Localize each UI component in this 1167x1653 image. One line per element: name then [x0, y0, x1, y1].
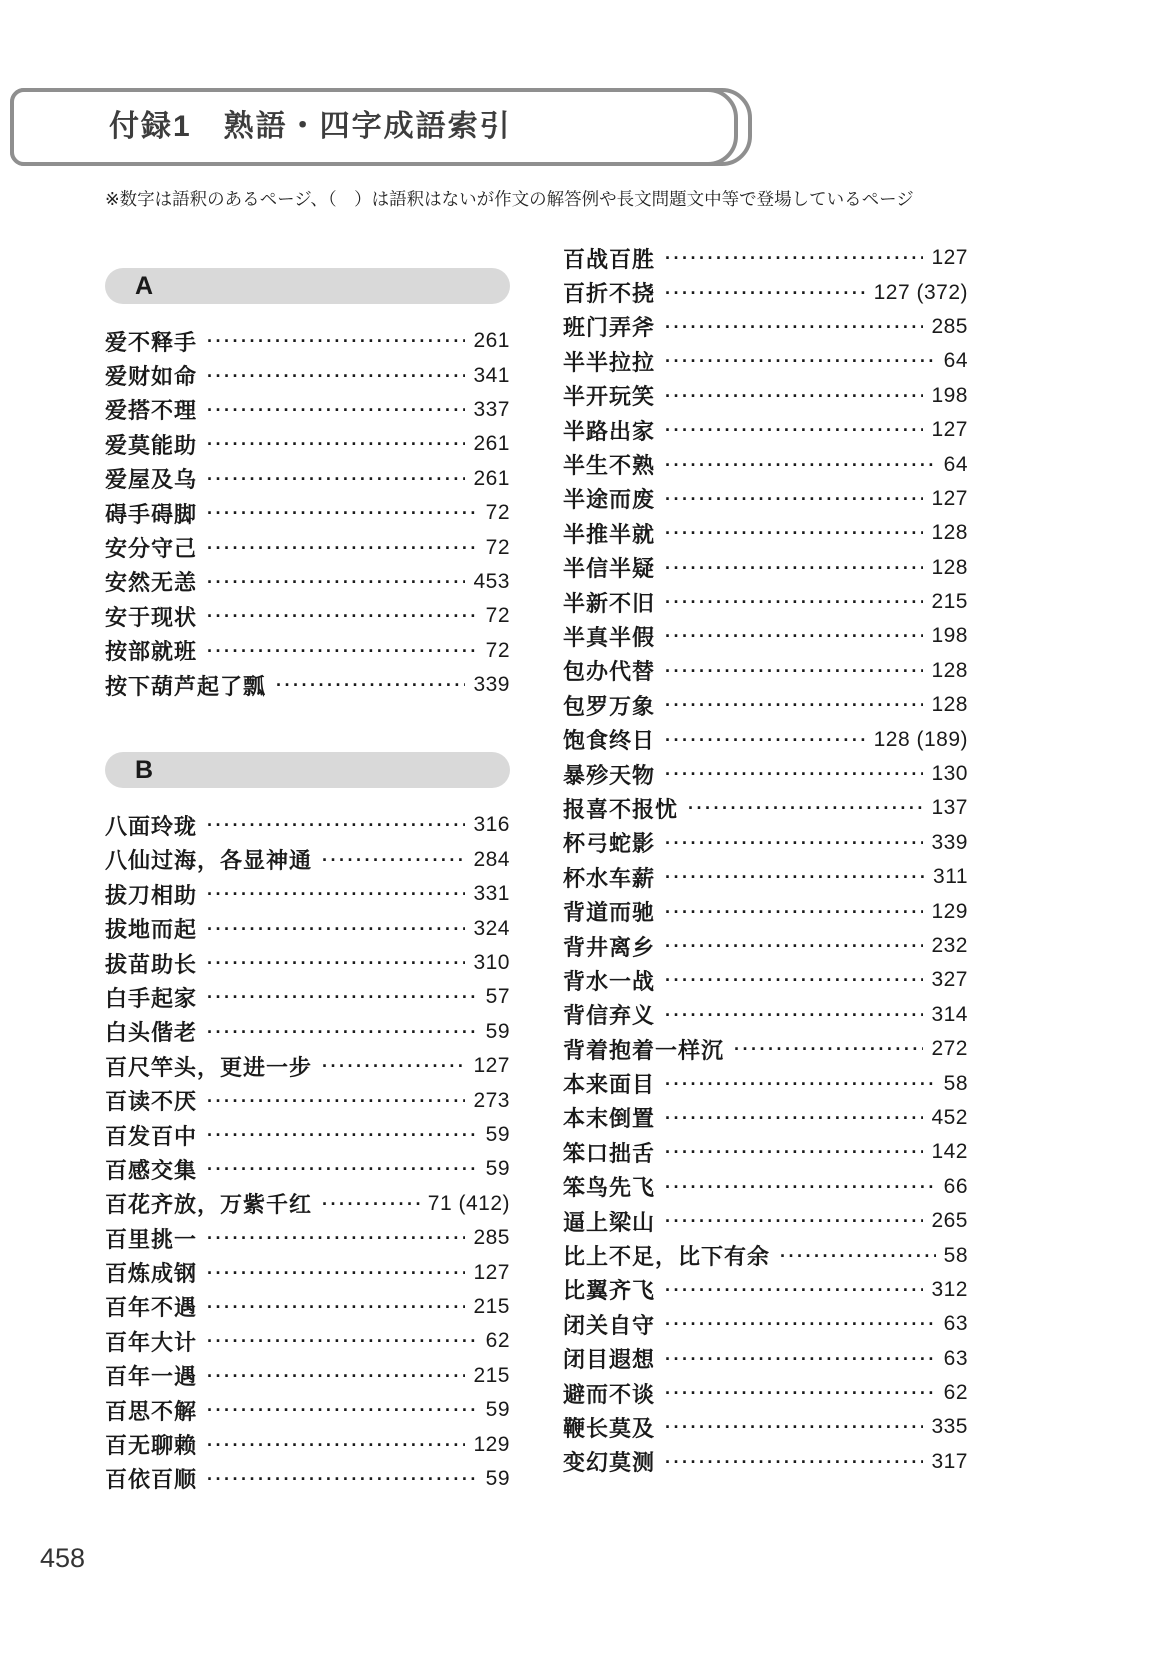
entry-page: 335	[931, 1415, 968, 1439]
usage-note: ※数字は語釈のあるページ、（ ）は語釈はないが作文の解答例や長文問題文中等で登場…	[105, 186, 1085, 211]
entry-page: 59	[486, 1123, 510, 1147]
dot-leader	[207, 814, 465, 836]
entry-page: 327	[931, 968, 968, 992]
page-number: 458	[40, 1543, 85, 1574]
entry-term: 安于现状	[105, 601, 197, 632]
index-entry: 爱财如命341	[105, 358, 510, 392]
entry-term: 半推半就	[563, 518, 655, 549]
entry-term: 变幻莫测	[563, 1446, 655, 1477]
entry-page: 324	[473, 917, 510, 941]
dot-leader	[665, 729, 866, 751]
dot-leader	[665, 1451, 923, 1473]
entry-page: 62	[944, 1381, 968, 1405]
entry-term: 安然无恙	[105, 566, 197, 597]
dot-leader	[207, 399, 465, 421]
index-entry: 百尺竿头，更进一步127	[105, 1049, 510, 1083]
index-entry: 百年大计62	[105, 1324, 510, 1358]
entry-page: 127	[473, 1261, 510, 1285]
dot-leader	[207, 1090, 465, 1112]
dot-leader	[665, 454, 936, 476]
index-entry: 八仙过海，各显神通284	[105, 843, 510, 877]
dot-leader	[665, 694, 923, 716]
entry-term: 背着抱着一样沉	[563, 1034, 724, 1065]
entry-page: 261	[473, 329, 510, 353]
entry-page: 128	[931, 521, 968, 545]
entry-page: 331	[473, 882, 510, 906]
index-entry: 百发百中59	[105, 1118, 510, 1152]
index-entry: 笨鸟先飞66	[563, 1170, 968, 1204]
entry-term: 班门弄斧	[563, 311, 655, 342]
dot-leader	[207, 330, 465, 352]
dot-leader	[207, 468, 465, 490]
entry-page: 128	[931, 659, 968, 683]
entry-page: 310	[473, 951, 510, 975]
dot-leader	[207, 502, 478, 524]
entry-term: 百花齐放，万紫千红	[105, 1188, 312, 1219]
entry-term: 背水一战	[563, 965, 655, 996]
entry-page: 129	[931, 900, 968, 924]
dot-leader	[207, 1365, 465, 1387]
entry-page: 59	[486, 1157, 510, 1181]
entry-page: 57	[486, 985, 510, 1009]
index-entry: 爱莫能助261	[105, 427, 510, 461]
dot-leader	[276, 674, 465, 696]
entry-term: 半开玩笑	[563, 380, 655, 411]
entry-term: 爱屋及乌	[105, 463, 197, 494]
entry-page: 127 (372)	[874, 281, 968, 305]
entry-term: 按下葫芦起了瓢	[105, 670, 266, 701]
index-entry: 百思不解59	[105, 1393, 510, 1427]
dot-leader	[207, 1124, 478, 1146]
index-entry: 爱不释手261	[105, 324, 510, 358]
dot-leader	[207, 605, 478, 627]
dot-leader	[665, 1073, 936, 1095]
section-header-a: A	[105, 268, 510, 304]
entry-page: 285	[473, 1226, 510, 1250]
entry-page: 339	[473, 673, 510, 697]
entry-term: 百战百胜	[563, 243, 655, 274]
dot-leader	[665, 1348, 936, 1370]
entry-page: 339	[931, 831, 968, 855]
dot-leader	[688, 797, 923, 819]
index-entry: 闭关自守63	[563, 1307, 968, 1341]
index-entry: 半途而废127	[563, 482, 968, 516]
index-entry: 报喜不报忧137	[563, 791, 968, 825]
dot-leader	[207, 537, 478, 559]
entry-term: 饱食终日	[563, 724, 655, 755]
entry-page: 261	[473, 467, 510, 491]
appendix-title-box: 付録1 熟語・四字成語索引	[10, 88, 752, 166]
entry-page: 62	[486, 1329, 510, 1353]
entry-term: 百发百中	[105, 1120, 197, 1151]
dot-leader	[665, 1107, 923, 1129]
entry-page: 127	[473, 1054, 510, 1078]
entry-term: 百无聊赖	[105, 1429, 197, 1460]
dot-leader	[322, 1055, 465, 1077]
entry-page: 314	[931, 1003, 968, 1027]
dot-leader	[665, 1279, 923, 1301]
index-entry: 避而不谈62	[563, 1376, 968, 1410]
index-entry: 班门弄斧285	[563, 310, 968, 344]
entry-page: 198	[931, 384, 968, 408]
entry-term: 拔苗助长	[105, 948, 197, 979]
dot-leader	[665, 660, 923, 682]
entry-page: 311	[933, 865, 968, 889]
entry-term: 笨鸟先飞	[563, 1171, 655, 1202]
entry-page: 71 (412)	[428, 1192, 510, 1216]
entry-term: 避而不谈	[563, 1378, 655, 1409]
entry-term: 半途而废	[563, 483, 655, 514]
index-entry: 半路出家127	[563, 413, 968, 447]
index-entry: 半开玩笑198	[563, 379, 968, 413]
index-entry: 鞭长莫及335	[563, 1410, 968, 1444]
index-entry: 比上不足，比下有余58	[563, 1238, 968, 1272]
index-entry: 百依百顺59	[105, 1462, 510, 1496]
index-entry: 半真半假198	[563, 619, 968, 653]
entry-term: 包办代替	[563, 655, 655, 686]
dot-leader	[780, 1245, 936, 1267]
index-entry: 本末倒置452	[563, 1101, 968, 1135]
entry-page: 316	[473, 813, 510, 837]
dot-leader	[665, 625, 923, 647]
index-entry: 爱屋及乌261	[105, 462, 510, 496]
index-entry: 安分守己72	[105, 530, 510, 564]
index-entry: 百读不厌273	[105, 1083, 510, 1117]
entry-page: 284	[473, 848, 510, 872]
dot-leader	[207, 986, 478, 1008]
entry-page: 128	[931, 556, 968, 580]
index-entry: 比翼齐飞312	[563, 1273, 968, 1307]
index-entry: 百无聊赖129	[105, 1427, 510, 1461]
index-entry: 包办代替128	[563, 654, 968, 688]
dot-leader	[207, 365, 465, 387]
dot-leader	[734, 1038, 923, 1060]
entry-term: 半真半假	[563, 621, 655, 652]
dot-leader	[665, 901, 923, 923]
entry-term: 白头偕老	[105, 1016, 197, 1047]
dot-leader	[665, 935, 923, 957]
entry-term: 笨口拙舌	[563, 1137, 655, 1168]
index-entry: 半生不熟64	[563, 447, 968, 481]
entry-page: 272	[931, 1037, 968, 1061]
dot-leader	[207, 952, 465, 974]
entry-page: 265	[931, 1209, 968, 1233]
entry-page: 341	[473, 364, 510, 388]
index-entry: 半推半就128	[563, 516, 968, 550]
entry-page: 58	[944, 1072, 968, 1096]
entry-term: 百年一遇	[105, 1360, 197, 1391]
entry-page: 142	[931, 1140, 968, 1164]
entry-page: 130	[931, 762, 968, 786]
index-entry: 背信弃义314	[563, 998, 968, 1032]
dot-leader	[665, 419, 923, 441]
entry-term: 拔地而起	[105, 913, 197, 944]
entry-term: 百读不厌	[105, 1085, 197, 1116]
index-entry: 百里挑一285	[105, 1221, 510, 1255]
entry-term: 比上不足，比下有余	[563, 1240, 770, 1271]
entry-term: 半路出家	[563, 415, 655, 446]
entry-page: 129	[473, 1433, 510, 1457]
entry-term: 百里挑一	[105, 1223, 197, 1254]
index-right-column: 百战百胜127百折不挠127 (372)班门弄斧285半半拉拉64半开玩笑198…	[563, 241, 968, 1479]
entry-term: 百尺竿头，更进一步	[105, 1051, 312, 1082]
dot-leader	[322, 849, 465, 871]
entry-page: 59	[486, 1467, 510, 1491]
index-entry: 笨口拙舌142	[563, 1135, 968, 1169]
dot-leader	[665, 1141, 923, 1163]
entry-page: 63	[944, 1312, 968, 1336]
dot-leader	[665, 866, 925, 888]
index-entry: 包罗万象128	[563, 688, 968, 722]
index-entry: 八面玲珑316	[105, 808, 510, 842]
entry-term: 爱财如命	[105, 360, 197, 391]
dot-leader	[665, 591, 923, 613]
entry-page: 452	[931, 1106, 968, 1130]
entry-term: 爱不释手	[105, 326, 197, 357]
index-entry: 百战百胜127	[563, 241, 968, 275]
entry-term: 鞭长莫及	[563, 1412, 655, 1443]
entry-term: 百年不遇	[105, 1291, 197, 1322]
index-entry: 杯水车薪311	[563, 860, 968, 894]
index-entry: 拔苗助长310	[105, 946, 510, 980]
dot-leader	[207, 1468, 478, 1490]
dot-leader	[665, 1004, 923, 1026]
entry-page: 64	[944, 453, 968, 477]
entry-page: 72	[486, 604, 510, 628]
entry-page: 72	[486, 639, 510, 663]
entry-page: 285	[931, 315, 968, 339]
dot-leader	[665, 316, 923, 338]
entry-page: 312	[931, 1278, 968, 1302]
entry-page: 64	[944, 349, 968, 373]
entry-page: 72	[486, 536, 510, 560]
index-entry: 百折不挠127 (372)	[563, 275, 968, 309]
entry-page: 72	[486, 501, 510, 525]
index-entry: 安然无恙453	[105, 565, 510, 599]
entry-page: 66	[944, 1175, 968, 1199]
entry-page: 59	[486, 1398, 510, 1422]
dot-leader	[207, 1158, 478, 1180]
entry-term: 八面玲珑	[105, 810, 197, 841]
entry-term: 百思不解	[105, 1395, 197, 1426]
index-entry: 拔地而起324	[105, 911, 510, 945]
index-entry: 白手起家57	[105, 980, 510, 1014]
section-header-b: B	[105, 752, 510, 788]
index-entry: 百花齐放，万紫千红71 (412)	[105, 1187, 510, 1221]
entry-term: 背信弃义	[563, 999, 655, 1030]
entry-page: 232	[931, 934, 968, 958]
appendix-title-box-inner: 付録1 熟語・四字成語索引	[10, 88, 738, 166]
entry-term: 半信半疑	[563, 552, 655, 583]
entry-term: 碍手碍脚	[105, 498, 197, 529]
section-letter: B	[135, 756, 153, 785]
section-letter: A	[135, 272, 153, 301]
entry-term: 半生不熟	[563, 449, 655, 480]
entry-page: 337	[473, 398, 510, 422]
index-entry: 背着抱着一样沉272	[563, 1032, 968, 1066]
entry-term: 背道而驰	[563, 896, 655, 927]
index-entry: 背井离乡232	[563, 929, 968, 963]
dot-leader	[665, 1416, 923, 1438]
entry-term: 闭关自守	[563, 1309, 655, 1340]
dot-leader	[207, 883, 465, 905]
entry-page: 63	[944, 1347, 968, 1371]
index-entry: 背道而驰129	[563, 894, 968, 928]
entry-page: 215	[473, 1295, 510, 1319]
dot-leader	[207, 918, 465, 940]
dot-leader	[665, 522, 923, 544]
index-entry: 百炼成钢127	[105, 1255, 510, 1289]
entry-page: 137	[931, 796, 968, 820]
dot-leader	[665, 488, 923, 510]
index-entry: 本来面目58	[563, 1066, 968, 1100]
entry-term: 逼上梁山	[563, 1206, 655, 1237]
index-entry: 背水一战327	[563, 963, 968, 997]
dot-leader	[207, 1262, 465, 1284]
entry-page: 127	[931, 418, 968, 442]
entry-term: 本末倒置	[563, 1102, 655, 1133]
entry-term: 按部就班	[105, 635, 197, 666]
book-page: 付録1 熟語・四字成語索引 ※数字は語釈のあるページ、（ ）は語釈はないが作文の…	[0, 0, 1167, 1653]
dot-leader	[207, 1227, 465, 1249]
entry-page: 59	[486, 1020, 510, 1044]
entry-term: 百依百顺	[105, 1463, 197, 1494]
index-entry: 半信半疑128	[563, 551, 968, 585]
entry-term: 暴殄天物	[563, 759, 655, 790]
entry-page: 317	[931, 1450, 968, 1474]
entry-page: 453	[473, 570, 510, 594]
dot-leader	[207, 433, 465, 455]
index-entry: 白头偕老59	[105, 1015, 510, 1049]
index-entry: 半半拉拉64	[563, 344, 968, 378]
dot-leader	[207, 1434, 465, 1456]
dot-leader	[665, 1382, 936, 1404]
entry-page: 127	[931, 487, 968, 511]
dot-leader	[207, 1296, 465, 1318]
index-entry: 按下葫芦起了瓢339	[105, 668, 510, 702]
index-entry: 变幻莫测317	[563, 1445, 968, 1479]
index-entry: 百感交集59	[105, 1152, 510, 1186]
index-entry: 暴殄天物130	[563, 757, 968, 791]
entry-page: 128 (189)	[874, 728, 968, 752]
entry-page: 198	[931, 624, 968, 648]
entry-term: 半半拉拉	[563, 346, 655, 377]
dot-leader	[665, 247, 923, 269]
index-entry: 碍手碍脚72	[105, 496, 510, 530]
dot-leader	[207, 571, 465, 593]
index-entry: 按部就班72	[105, 634, 510, 668]
entry-term: 半新不旧	[563, 587, 655, 618]
dot-leader	[665, 763, 923, 785]
dot-leader	[665, 832, 923, 854]
dot-leader	[207, 1399, 478, 1421]
index-entry: 杯弓蛇影339	[563, 826, 968, 860]
entry-term: 拔刀相助	[105, 879, 197, 910]
entry-term: 比翼齐飞	[563, 1274, 655, 1305]
entry-term: 爱搭不理	[105, 394, 197, 425]
dot-leader	[665, 969, 923, 991]
entry-term: 闭目遐想	[563, 1343, 655, 1374]
entry-term: 背井离乡	[563, 931, 655, 962]
entry-term: 包罗万象	[563, 690, 655, 721]
entry-term: 杯弓蛇影	[563, 827, 655, 858]
dot-leader	[207, 1330, 478, 1352]
entry-term: 百年大计	[105, 1326, 197, 1357]
appendix-title: 付録1 熟語・四字成語索引	[14, 92, 734, 162]
entry-term: 安分守己	[105, 532, 197, 563]
index-left-column: A爱不释手261爱财如命341爱搭不理337爱莫能助261爱屋及乌261碍手碍脚…	[105, 268, 510, 1496]
entry-term: 爱莫能助	[105, 429, 197, 460]
dot-leader	[207, 1021, 478, 1043]
entry-page: 261	[473, 432, 510, 456]
entry-page: 215	[473, 1364, 510, 1388]
entry-term: 百感交集	[105, 1154, 197, 1185]
dot-leader	[665, 385, 923, 407]
index-entry: 闭目遐想63	[563, 1342, 968, 1376]
dot-leader	[665, 1210, 923, 1232]
index-entry: 爱搭不理337	[105, 393, 510, 427]
dot-leader	[665, 282, 866, 304]
dot-leader	[665, 350, 936, 372]
entry-term: 百炼成钢	[105, 1257, 197, 1288]
entry-page: 58	[944, 1244, 968, 1268]
entry-term: 本来面目	[563, 1068, 655, 1099]
entry-page: 128	[931, 693, 968, 717]
index-entry: 百年不遇215	[105, 1290, 510, 1324]
dot-leader	[665, 1176, 936, 1198]
index-entry: 百年一遇215	[105, 1359, 510, 1393]
index-entry: 半新不旧215	[563, 585, 968, 619]
entry-term: 八仙过海，各显神通	[105, 844, 312, 875]
dot-leader	[322, 1193, 420, 1215]
entry-page: 127	[931, 246, 968, 270]
entry-term: 白手起家	[105, 982, 197, 1013]
dot-leader	[665, 1313, 936, 1335]
dot-leader	[665, 557, 923, 579]
entry-term: 杯水车薪	[563, 862, 655, 893]
entry-page: 273	[473, 1089, 510, 1113]
dot-leader	[207, 640, 478, 662]
entry-term: 百折不挠	[563, 277, 655, 308]
entry-term: 报喜不报忧	[563, 793, 678, 824]
index-entry: 饱食终日128 (189)	[563, 722, 968, 756]
index-entry: 逼上梁山265	[563, 1204, 968, 1238]
index-entry: 安于现状72	[105, 599, 510, 633]
entry-page: 215	[931, 590, 968, 614]
index-entry: 拔刀相助331	[105, 877, 510, 911]
